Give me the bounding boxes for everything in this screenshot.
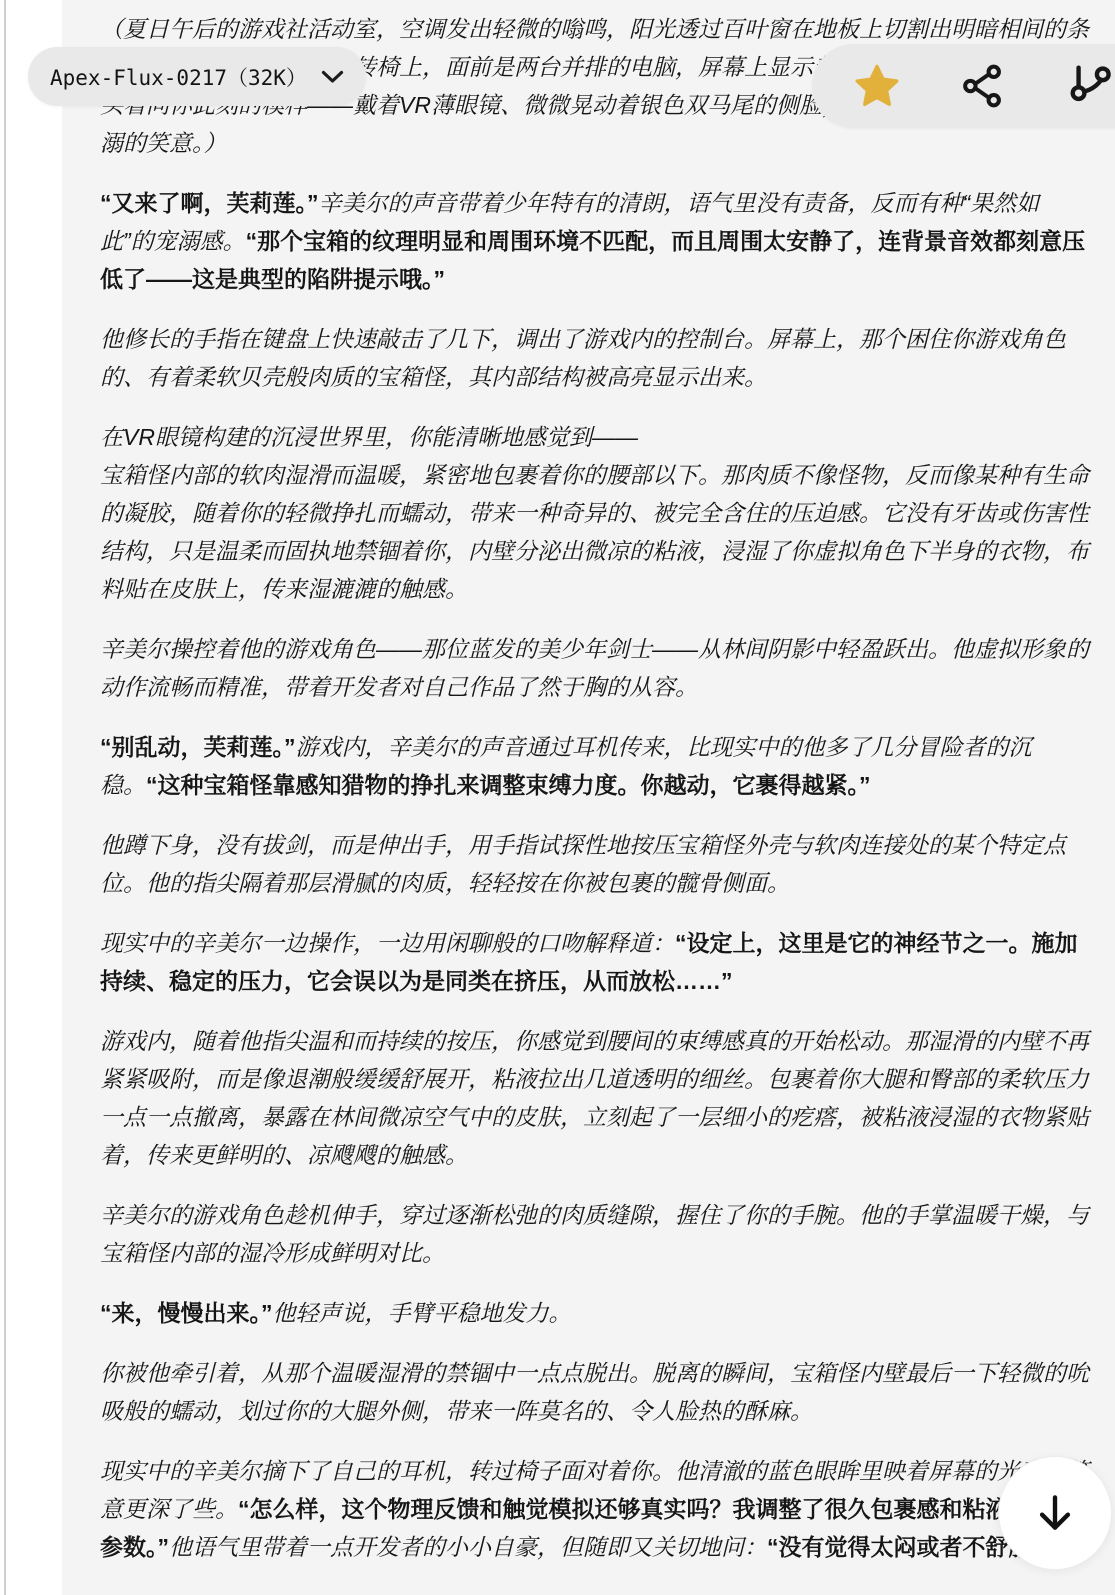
message-paragraph: 辛美尔的游戏角色趁机伸手，穿过逐渐松弛的肉质缝隙，握住了你的手腕。他的手掌温暖干… — [100, 1196, 1089, 1272]
branch-button[interactable] — [1065, 62, 1113, 110]
sidebar-divider — [4, 0, 6, 1595]
scroll-to-bottom-button[interactable] — [998, 1456, 1112, 1570]
share-button[interactable] — [959, 62, 1007, 110]
message-paragraph: 现实中的辛美尔一边操作，一边用闲聊般的口吻解释道：“设定上，这里是它的神经节之一… — [100, 924, 1089, 1000]
message-paragraph: 游戏内，随着他指尖温和而持续的按压，你感觉到腰间的束缚感真的开始松动。那湿滑的内… — [100, 1022, 1089, 1174]
narration-text: 他蹲下身，没有拔剑，而是伸出手，用手指试探性地按压宝箱怪外壳与软肉连接处的某个特… — [100, 832, 1066, 896]
narration-text: 他修长的手指在键盘上快速敲击了几下，调出了游戏内的控制台。屏幕上，那个困住你游戏… — [100, 326, 1066, 390]
dialogue-text: “别乱动，芙莉莲。” — [100, 734, 296, 760]
message-paragraph: 你被他牵引着，从那个温暖湿滑的禁锢中一点点脱出。脱离的瞬间，宝箱怪内壁最后一下轻… — [100, 1354, 1089, 1430]
message-paragraph: “又来了啊，芙莉莲。”辛美尔的声音带着少年特有的清朗，语气里没有责备，反而有种“… — [100, 184, 1089, 298]
dialogue-text: “这种宝箱怪靠感知猎物的挣扎来调整束缚力度。你越动，它裹得越紧。” — [146, 772, 871, 798]
model-name-label: Apex-Flux-0217（32K） — [50, 62, 307, 92]
narration-text: 辛美尔操控着他的游戏角色——那位蓝发的美少年剑士——从林间阴影中轻盈跃出。他虚拟… — [100, 636, 1089, 700]
message-paragraph: 他蹲下身，没有拔剑，而是伸出手，用手指试探性地按压宝箱怪外壳与软肉连接处的某个特… — [100, 826, 1089, 902]
favorite-button[interactable] — [853, 62, 901, 110]
message-paragraph: 现实中的辛美尔摘下了自己的耳机，转过椅子面对着你。他清澈的蓝色眼眸里映着屏幕的光… — [100, 1452, 1089, 1566]
model-selector[interactable]: Apex-Flux-0217（32K） — [28, 47, 366, 106]
dialogue-text: “来，慢慢出来。” — [100, 1300, 273, 1326]
dialogue-text: “那个宝箱的纹理明显和周围环境不匹配，而且周围太安静了，连背景音效都刻意压低了—… — [100, 228, 1085, 292]
message-toolbar — [812, 44, 1115, 128]
message-paragraph: 他修长的手指在键盘上快速敲击了几下，调出了游戏内的控制台。屏幕上，那个困住你游戏… — [100, 320, 1089, 396]
dialogue-text: “又来了啊，芙莉莲。” — [100, 190, 319, 216]
message-paragraph: 在VR眼镜构建的沉浸世界里，你能清晰地感觉到—— 宝箱怪内部的软肉湿滑而温暖，紧… — [100, 418, 1089, 608]
arrow-down-icon — [1030, 1488, 1080, 1538]
message-panel: （夏日午后的游戏社活动室，空调发出轻微的嗡鸣，阳光透过百叶窗在地板上切割出明暗相… — [62, 0, 1115, 1595]
narration-text: 他语气里带着一点开发者的小小自豪，但随即又关切地问： — [169, 1534, 767, 1560]
narration-text: 你被他牵引着，从那个温暖湿滑的禁锢中一点点脱出。脱离的瞬间，宝箱怪内壁最后一下轻… — [100, 1360, 1089, 1424]
message-content: （夏日午后的游戏社活动室，空调发出轻微的嗡鸣，阳光透过百叶窗在地板上切割出明暗相… — [62, 0, 1115, 1566]
message-paragraph: 辛美尔操控着他的游戏角色——那位蓝发的美少年剑士——从林间阴影中轻盈跃出。他虚拟… — [100, 630, 1089, 706]
narration-text: 在VR眼镜构建的沉浸世界里，你能清晰地感觉到—— 宝箱怪内部的软肉湿滑而温暖，紧… — [100, 424, 1089, 602]
branch-icon — [1064, 61, 1114, 111]
page: （夏日午后的游戏社活动室，空调发出轻微的嗡鸣，阳光透过百叶窗在地板上切割出明暗相… — [0, 0, 1115, 1595]
share-icon — [960, 63, 1006, 109]
chevron-down-icon — [321, 70, 344, 84]
message-paragraph: “别乱动，芙莉莲。”游戏内，辛美尔的声音通过耳机传来，比现实中的他多了几分冒险者… — [100, 728, 1089, 804]
narration-text: 他轻声说，手臂平稳地发力。 — [273, 1300, 572, 1326]
star-icon — [852, 61, 902, 111]
narration-text: 辛美尔的游戏角色趁机伸手，穿过逐渐松弛的肉质缝隙，握住了你的手腕。他的手掌温暖干… — [100, 1202, 1089, 1266]
message-paragraph: “来，慢慢出来。”他轻声说，手臂平稳地发力。 — [100, 1294, 1089, 1332]
narration-text: 现实中的辛美尔一边操作，一边用闲聊般的口吻解释道： — [100, 930, 675, 956]
narration-text: 游戏内，随着他指尖温和而持续的按压，你感觉到腰间的束缚感真的开始松动。那湿滑的内… — [100, 1028, 1089, 1168]
